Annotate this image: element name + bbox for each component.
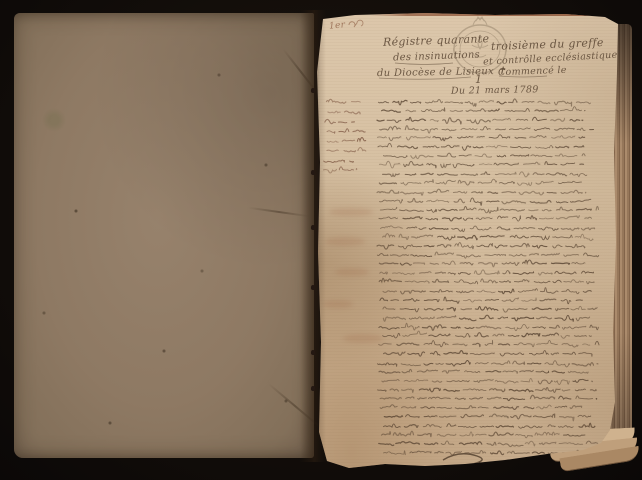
manuscript-scan: 1er Régistre quarante troisième du greff… [0,0,642,480]
corner-paraph-mark [349,20,363,27]
margin-note-lines [324,99,366,173]
manuscript-page: 1er Régistre quarante troisième du greff… [315,12,619,470]
gutter-shadow [300,10,326,462]
bottom-paraph-flourish [443,454,505,470]
left-blank-page [14,13,314,458]
body-cursive-lines [377,99,599,455]
manuscript-body-strokes [315,12,619,470]
